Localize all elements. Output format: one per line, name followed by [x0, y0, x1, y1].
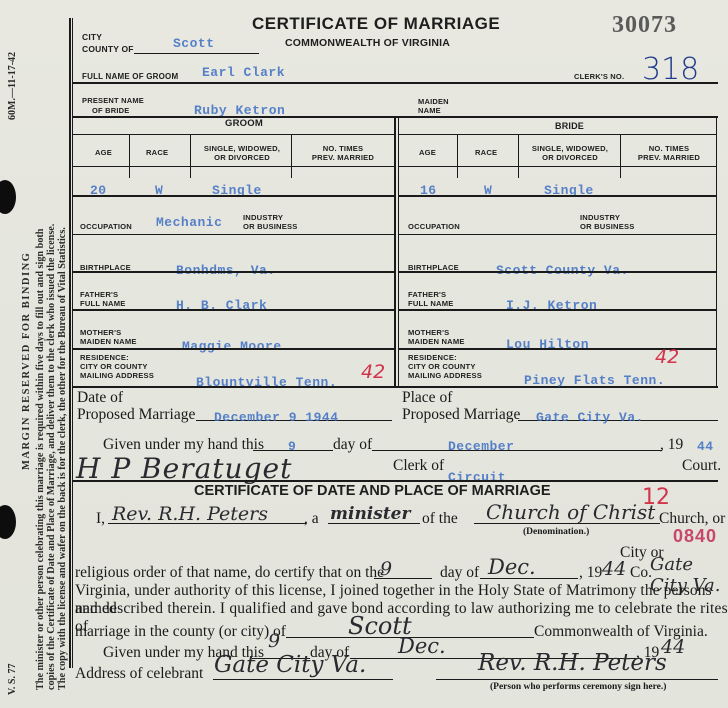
- rule: [399, 195, 716, 197]
- groom-times-label: No. TimesPrev. Married: [294, 144, 392, 162]
- groom-mother-value[interactable]: Maggie Moore: [182, 339, 282, 354]
- document-title: Certificate of Marriage: [252, 14, 500, 34]
- mother-label-line1: Mother's: [80, 328, 121, 337]
- mother-label-line2: Maiden Name: [80, 337, 137, 346]
- margin-instruction-2: copies of the Certificate of Date and Pl…: [47, 224, 58, 690]
- county-value[interactable]: Scott: [173, 36, 215, 51]
- rule: [72, 166, 394, 167]
- res-label-line1: Residence:: [80, 353, 129, 362]
- res-label-line3: Mailing Address: [408, 371, 482, 380]
- month-value[interactable]: Dec.: [488, 555, 536, 579]
- bride-status-label: Single, Widowed,or Divorced: [521, 144, 619, 162]
- city-label: City: [82, 32, 102, 42]
- industry-label-line1: Industry: [580, 213, 620, 222]
- address-underline: [213, 679, 393, 680]
- rule: [72, 271, 394, 273]
- margin-heading: MARGIN RESERVED FOR BINDING: [22, 252, 33, 470]
- date-value[interactable]: December 9 1944: [214, 410, 339, 425]
- margin-instruction-3: The copy with the license and wafer on t…: [58, 227, 69, 690]
- rule: [72, 195, 394, 197]
- year-prefix: , 19: [579, 564, 602, 582]
- groom-occupation-label: Occupation: [80, 222, 132, 231]
- groom-residence-label: Residence:City or CountyMailing Address: [80, 353, 154, 380]
- bride-heading: Bride: [555, 121, 584, 131]
- father-label-line2: Full Name: [80, 299, 126, 308]
- center-divider: [394, 116, 396, 386]
- bride-mother-label: Mother'sMaiden Name: [408, 328, 465, 346]
- bride-mother-value[interactable]: Lou Hilton: [506, 337, 589, 352]
- county-label: County of: [82, 44, 134, 54]
- year-value[interactable]: 44: [602, 558, 626, 580]
- groom-occupation-value[interactable]: Mechanic: [156, 215, 222, 230]
- court-label: Court.: [682, 457, 721, 475]
- status-label-line1: Single, Widowed,: [204, 144, 280, 153]
- times-label-line2: Prev. Married: [638, 153, 700, 162]
- bride-times-label: No. TimesPrev. Married: [622, 144, 716, 162]
- groom-father-label: Father'sFull Name: [80, 290, 126, 308]
- bride-occupation-label: Occupation: [408, 222, 460, 231]
- address-label: Address of celebrant: [75, 665, 203, 683]
- rule: [399, 309, 716, 311]
- center-divider-inner: [398, 116, 399, 386]
- res-label-line2: City or County: [408, 362, 476, 371]
- a-label: , a: [304, 510, 319, 528]
- bride-residence-label: Residence:City or CountyMailing Address: [408, 353, 482, 380]
- status-label-line1: Single, Widowed,: [532, 144, 608, 153]
- groom-race-label: Race: [146, 148, 168, 157]
- of-the-label: of the: [422, 510, 458, 528]
- day-value[interactable]: 9: [380, 558, 392, 580]
- rule: [399, 166, 716, 167]
- given-year-prefix: , 19: [660, 436, 683, 454]
- denomination-caption: (Denomination.): [523, 527, 589, 537]
- father-label-line1: Father's: [408, 290, 446, 299]
- rule: [72, 234, 394, 235]
- bride-father-value[interactable]: I.J. Ketron: [506, 298, 597, 313]
- document-subtitle: Commonwealth of Virginia: [285, 37, 450, 49]
- rule: [72, 82, 718, 84]
- given-month-value[interactable]: December: [448, 439, 514, 454]
- signature-underline: [436, 679, 718, 680]
- officiant-value[interactable]: Rev. R.H. Peters: [112, 503, 268, 525]
- address-value[interactable]: Gate City Va.: [214, 652, 366, 678]
- maiden-label-1: Maiden: [418, 97, 449, 106]
- col-divider: [190, 135, 191, 178]
- times-label-line2: Prev. Married: [312, 153, 374, 162]
- bride-age-label: Age: [419, 148, 436, 157]
- punch-hole: [0, 180, 16, 214]
- serial-number: 30073: [612, 12, 677, 39]
- father-label-line2: Full Name: [408, 299, 454, 308]
- col-divider: [291, 135, 292, 178]
- mother-label-line2: Maiden Name: [408, 337, 465, 346]
- form-id: V. S. 77: [8, 664, 19, 696]
- rule: [399, 134, 716, 135]
- groom-father-value[interactable]: H. B. Clark: [176, 298, 267, 313]
- times-label-line1: No. Times: [323, 144, 364, 153]
- father-label-line1: Father's: [80, 290, 118, 299]
- groom-status-label: Single, Widowed,or Divorced: [196, 144, 288, 162]
- groom-heading: Groom: [225, 118, 263, 129]
- groom-age-label: Age: [95, 148, 112, 157]
- rule: [72, 134, 394, 135]
- maiden-label-2: Name: [418, 106, 441, 115]
- form-code: 60M.—11-17-42: [8, 52, 19, 120]
- ceremony-heading: Certificate of Date and Place of Marriag…: [194, 483, 551, 499]
- margin-instruction-1: The minister or other person celebrating…: [36, 229, 47, 690]
- bride-residence-value[interactable]: Piney Flats Tenn.: [524, 373, 665, 388]
- ceremony-given-day-value[interactable]: 9: [268, 630, 280, 652]
- frame-left-line: [69, 18, 71, 668]
- status-label-line2: or Divorced: [214, 153, 270, 162]
- rule: [399, 234, 716, 235]
- title-value[interactable]: minister: [330, 504, 410, 524]
- county-underline: [134, 53, 259, 54]
- rule: [72, 309, 394, 311]
- bride-industry-label: Industryor Business: [580, 213, 635, 231]
- bride-race-label: Race: [475, 148, 497, 157]
- denomination-value[interactable]: Church of Christ: [486, 500, 655, 524]
- res-label-line2: City or County: [80, 362, 148, 371]
- day-of-label: day of: [440, 564, 479, 582]
- place-label-1: Place of: [402, 389, 452, 407]
- bride-present-label-1: Present Name: [82, 96, 144, 105]
- col-divider: [457, 135, 458, 178]
- bride-residence-code: 42: [655, 346, 679, 368]
- date-label-2: Proposed Marriage: [77, 406, 195, 424]
- status-label-line2: or Divorced: [542, 153, 598, 162]
- res-label-line3: Mailing Address: [80, 371, 154, 380]
- ceremony-line1: religious order of that name, do certify…: [75, 564, 384, 582]
- groom-mother-label: Mother'sMaiden Name: [80, 328, 137, 346]
- col-divider: [518, 135, 519, 178]
- i-label: I,: [96, 510, 105, 528]
- col-divider: [129, 135, 130, 178]
- ceremony-line4-prefix: marriage in the county (or city) of: [75, 623, 286, 641]
- clerk-of-label: Clerk of: [393, 457, 444, 475]
- officiant-signature[interactable]: Rev. R.H. Peters: [478, 650, 667, 676]
- given-month-underline: [372, 450, 662, 451]
- col-divider: [620, 135, 621, 178]
- groom-name-label: Full Name of Groom: [82, 72, 178, 81]
- groom-name-value[interactable]: Earl Clark: [202, 65, 285, 80]
- mother-label-line1: Mother's: [408, 328, 449, 337]
- co-label: Co.: [630, 564, 652, 582]
- rule: [72, 348, 394, 350]
- industry-label-line1: Industry: [243, 213, 283, 222]
- place-value[interactable]: Gate City Va.: [536, 410, 644, 425]
- res-label-line1: Residence:: [408, 353, 457, 362]
- rule: [399, 271, 716, 273]
- punch-hole: [0, 505, 16, 539]
- certificate-page: 60M.—11-17-42 V. S. 77 MARGIN RESERVED F…: [0, 0, 728, 708]
- signature-caption: (Person who performs ceremony sign here.…: [490, 682, 666, 692]
- times-label-line1: No. Times: [649, 144, 690, 153]
- given-dayof: day of: [333, 436, 372, 454]
- industry-label-line2: or Business: [580, 222, 635, 231]
- clerk-no-label: Clerk's No.: [574, 72, 624, 81]
- given-year-value[interactable]: 44: [697, 439, 714, 454]
- place-label-2: Proposed Marriage: [402, 406, 520, 424]
- bride-present-label-2: of Bride: [92, 106, 129, 115]
- industry-label-line2: or Business: [243, 222, 298, 231]
- date-label-1: Date of: [77, 389, 123, 407]
- ceremony-given-month-value[interactable]: Dec.: [398, 634, 446, 658]
- frame-right-line: [716, 116, 717, 386]
- section-divider: [72, 480, 718, 482]
- groom-industry-label: Industryor Business: [243, 213, 298, 231]
- bride-father-label: Father'sFull Name: [408, 290, 454, 308]
- groom-residence-value[interactable]: Blountville Tenn.: [196, 375, 337, 390]
- stamp-code: 0840: [673, 526, 717, 547]
- groom-residence-code: 42: [361, 361, 385, 383]
